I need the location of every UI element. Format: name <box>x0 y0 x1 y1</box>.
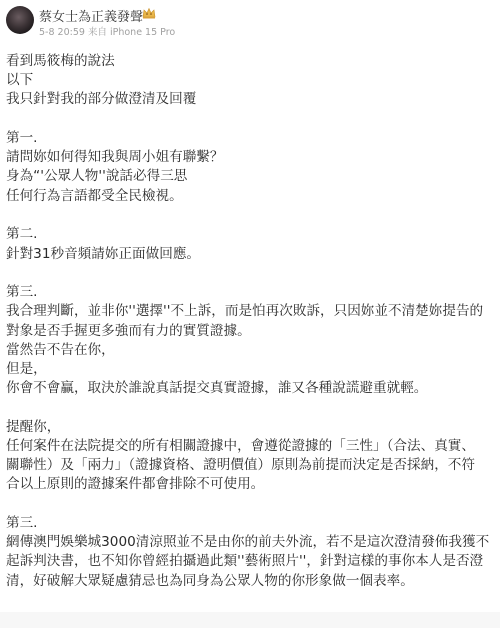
section-heading: 第三. <box>6 514 496 533</box>
paragraph: 第二. 針對31秒音頻請妳正面做回應。 <box>6 225 496 263</box>
text-line: 合以上原則的證據案件都會排除不可使用。 <box>6 475 496 494</box>
text-line: 當然告不告在你， <box>6 341 496 360</box>
text-line: 我合理判斷，並非你''選擇''不上訴，而是怕再次敗訴，只因妳並不清楚妳提告的 <box>6 302 496 321</box>
text-line: 起訴判決書，也不知你曾經拍攝過此類''藝術照片''，針對這樣的事你本人是否澄 <box>6 552 496 571</box>
text-line: 對象是否手握更多強而有力的實質證據。 <box>6 322 496 341</box>
post-header: 蔡女士為正義發聲 5-8 20:59 来自 iPhone 15 Pro <box>0 0 500 44</box>
text-line: 網傳澳門娛樂城3000清涼照並不是由你的前夫外流，若不是這次澄清發佈我獲不 <box>6 533 496 552</box>
text-line: 清，好破解大眾疑慮猜忌也為同身為公眾人物的你形象做一個表率。 <box>6 572 496 591</box>
paragraph: 第三. 我合理判斷，並非你''選擇''不上訴，而是怕再次敗訴，只因妳並不清楚妳提… <box>6 283 496 398</box>
text-line: 任何行為言語都受全民檢視。 <box>6 187 496 206</box>
paragraph: 提醒你， 任何案件在法院提交的所有相關證據中，會遵從證據的「三性」（合法、真實、… <box>6 418 496 495</box>
post-footer-divider <box>0 612 500 628</box>
section-heading: 第三. <box>6 283 496 302</box>
text-line: 針對31秒音頻請妳正面做回應。 <box>6 245 496 264</box>
text-line: 關聯性）及「兩力」（證據資格、證明價值）原則為前提而決定是否採納，不符 <box>6 456 496 475</box>
text-line: 請問妳如何得知我與周小姐有聯繫？ <box>6 148 496 167</box>
post-timestamp: 5-8 20:59 <box>39 27 85 38</box>
text-line: 但是， <box>6 360 496 379</box>
text-line: 身為“'公眾人物''說話必得三思 <box>6 167 496 186</box>
paragraph: 看到馬筱梅的說法 以下 我只針對我的部分做澄清及回覆 <box>6 52 496 110</box>
section-heading: 第二. <box>6 225 496 244</box>
author-name[interactable]: 蔡女士為正義發聲 <box>39 6 143 25</box>
paragraph: 第一. 請問妳如何得知我與周小姐有聯繫？ 身為“'公眾人物''說話必得三思 任何… <box>6 129 496 206</box>
post-source: 来自 iPhone 15 Pro <box>88 27 175 38</box>
crown-badge-icon <box>142 7 156 19</box>
post-content: 看到馬筱梅的說法 以下 我只針對我的部分做澄清及回覆 第一. 請問妳如何得知我與… <box>6 52 496 591</box>
avatar[interactable] <box>6 6 34 34</box>
paragraph: 第三. 網傳澳門娛樂城3000清涼照並不是由你的前夫外流，若不是這次澄清發佈我獲… <box>6 514 496 591</box>
text-line: 以下 <box>6 71 496 90</box>
text-line: 我只針對我的部分做澄清及回覆 <box>6 90 496 109</box>
text-line: 任何案件在法院提交的所有相關證據中，會遵從證據的「三性」（合法、真實、 <box>6 437 496 456</box>
post-meta: 5-8 20:59 来自 iPhone 15 Pro <box>39 24 175 38</box>
text-line: 看到馬筱梅的說法 <box>6 52 496 71</box>
text-line: 你會不會贏，取決於誰說真話提交真實證據，誰又各種說謊避重就輕。 <box>6 379 496 398</box>
section-heading: 第一. <box>6 129 496 148</box>
text-line: 提醒你， <box>6 418 496 437</box>
